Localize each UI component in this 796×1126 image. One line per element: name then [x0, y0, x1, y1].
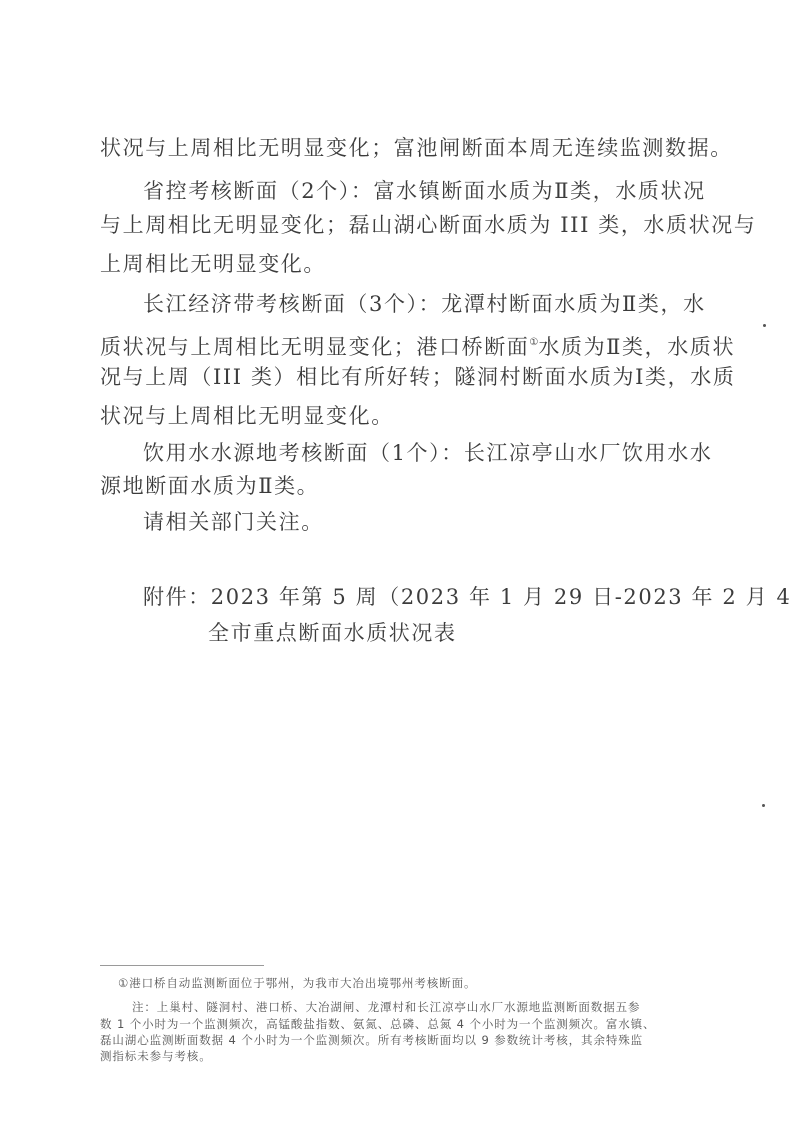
footnote-text: ①港口桥自动监测断面位于鄂州，为我市大冶出境鄂州考核断面。 [118, 975, 476, 991]
body-line: 与上周相比无明显变化；磊山湖心断面水质为 III 类，水质状况与 [100, 212, 756, 238]
scan-speck [762, 804, 765, 807]
scan-speck [763, 324, 766, 327]
note-line: 数 1 个小时为一个监测频次，高锰酸盐指数、氨氮、总磷、总氮 4 个小时为一个监… [100, 1016, 655, 1032]
body-line: 上周相比无明显变化。 [100, 251, 326, 277]
body-line: 状况与上周相比无明显变化。 [100, 403, 394, 429]
document-page: 状况与上周相比无明显变化；富池闸断面本周无连续监测数据。 省控考核断面（2个）：… [0, 0, 796, 1126]
body-line-with-footnote: 质状况与上周相比无明显变化；港口桥断面①水质为Ⅱ类，水质状 [100, 330, 735, 360]
note-line: 测指标未参与考核。 [100, 1048, 212, 1064]
body-text: 水质为Ⅱ类，水质状 [538, 335, 735, 359]
footnote-divider [100, 965, 264, 966]
body-line: 请相关部门关注。 [143, 509, 324, 535]
body-line: 饮用水水源地考核断面（1个）：长江凉亭山水厂饮用水水 [143, 440, 712, 466]
body-line: 省控考核断面（2个）：富水镇断面水质为Ⅱ类，水质状况 [143, 178, 706, 204]
note-line: 注：上巢村、隧洞村、港口桥、大冶湖闸、龙潭村和长江凉亭山水厂水源地监测断面数据五… [132, 999, 640, 1015]
body-line: 源地断面水质为Ⅱ类。 [100, 473, 319, 499]
note-line: 磊山湖心监测断面数据 4 个小时为一个监测频次。所有考核断面均以 9 参数统计考… [100, 1032, 643, 1048]
attachment-title: 全市重点断面水质状况表 [208, 620, 457, 646]
body-line: 长江经济带考核断面（3个）：龙潭村断面水质为Ⅱ类，水 [143, 291, 706, 317]
attachment-line: 附件：2023 年第 5 周（2023 年 1 月 29 日-2023 年 2 … [143, 584, 796, 610]
body-line: 状况与上周相比无明显变化；富池闸断面本周无连续监测数据。 [100, 135, 733, 161]
body-text: 质状况与上周相比无明显变化；港口桥断面 [100, 335, 529, 359]
body-line: 况与上周（III 类）相比有所好转；隧洞村断面水质为Ⅰ类，水质 [100, 364, 735, 390]
